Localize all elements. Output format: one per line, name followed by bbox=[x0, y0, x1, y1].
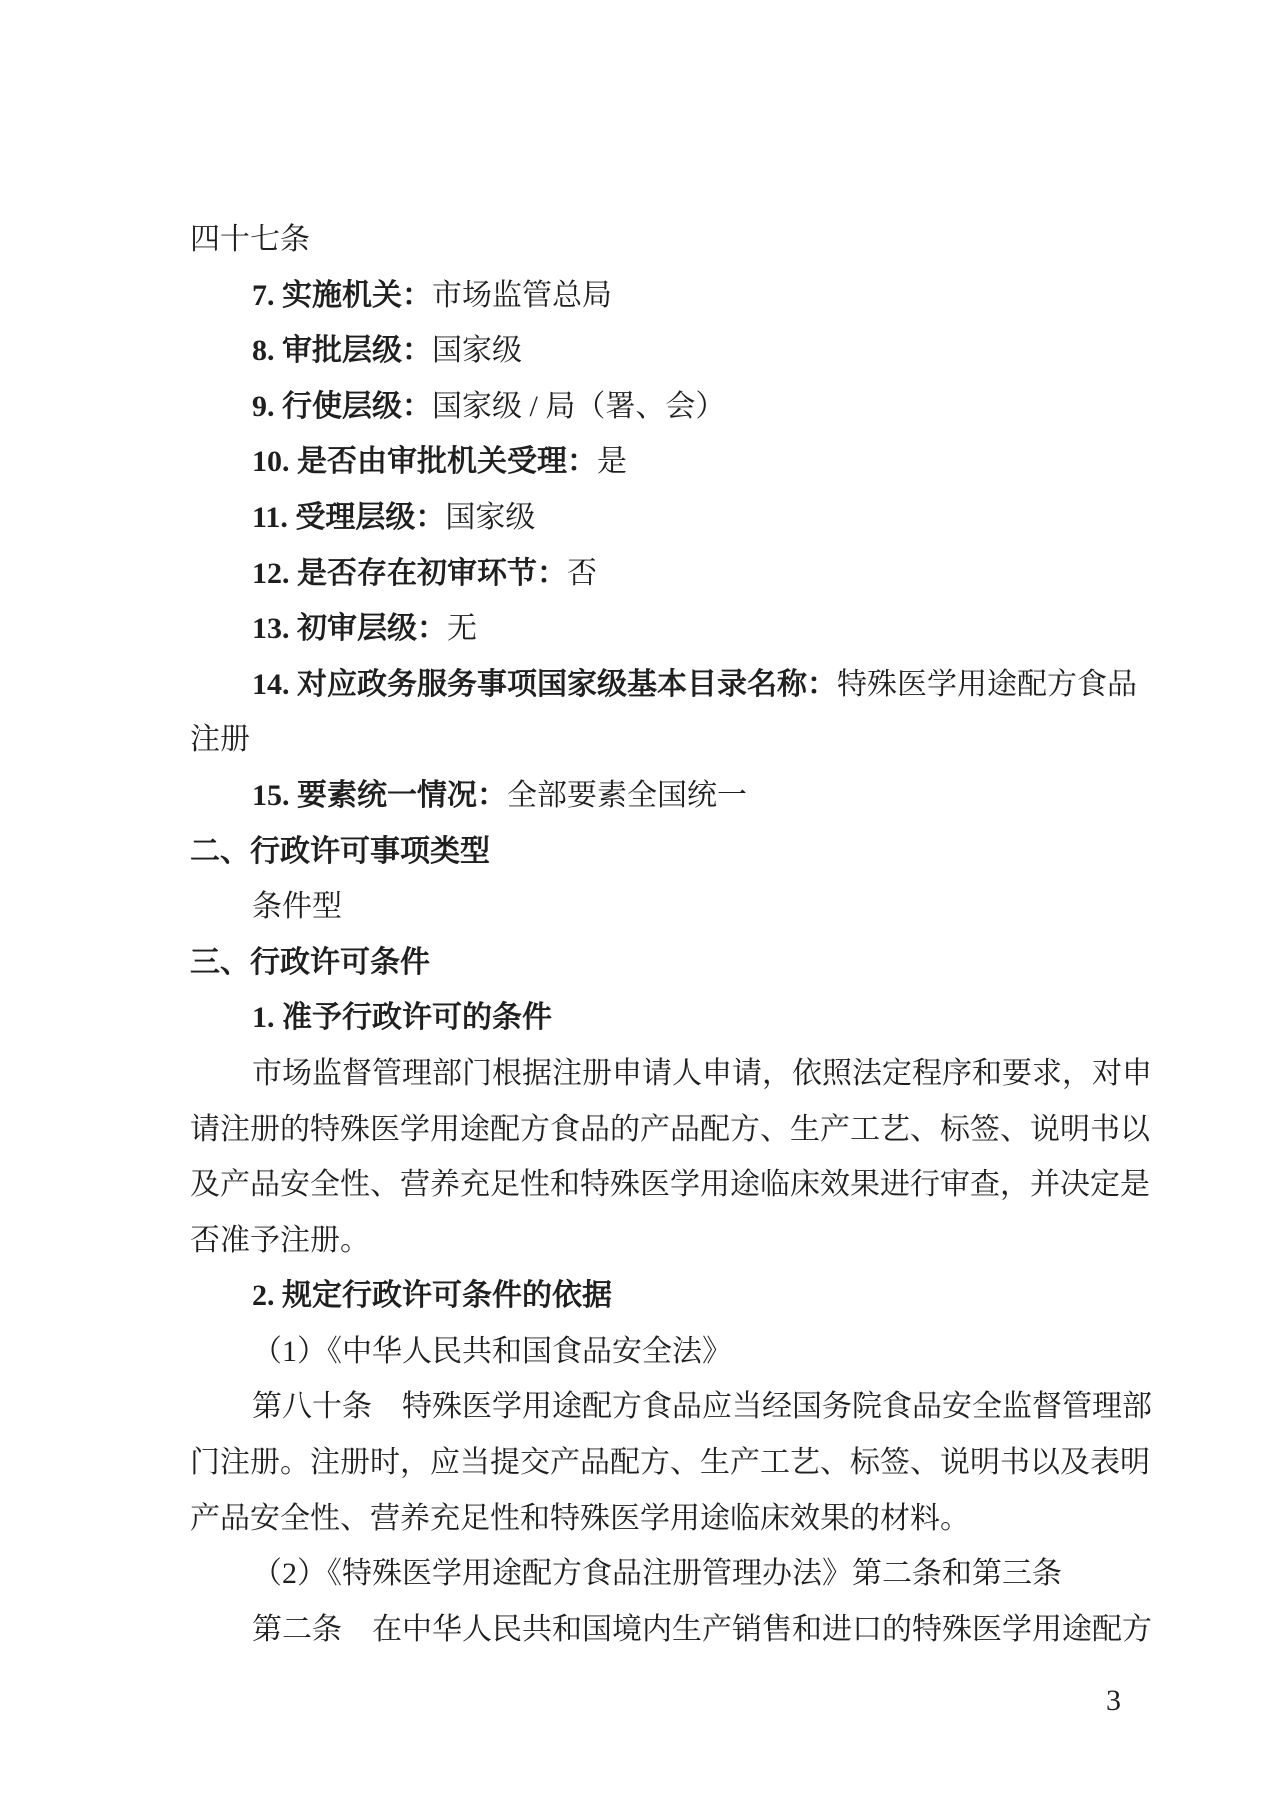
item-label: 8. 审批层级： bbox=[252, 334, 432, 367]
basis-2-line: （2）《特殊医学用途配方食品注册管理办法》第二条和第三条 bbox=[190, 1546, 1152, 1602]
item-label: 11. 受理层级： bbox=[252, 501, 445, 534]
item-7: 7. 实施机关：市场监管总局 bbox=[190, 268, 1152, 324]
item-value: 无 bbox=[447, 612, 477, 645]
section-2-heading: 二、行政许可事项类型 bbox=[190, 824, 1152, 880]
item-value: 国家级 bbox=[445, 501, 535, 534]
item-14-continuation: 注册 bbox=[190, 712, 1152, 768]
line-text: 请注册的特殊医学用途配方食品的产品配方、生产工艺、标签、说明书以 bbox=[190, 1113, 1150, 1146]
item-label: 7. 实施机关： bbox=[252, 279, 432, 312]
line-text: 条件型 bbox=[252, 890, 342, 923]
item-value: 特殊医学用途配方食品 bbox=[837, 668, 1137, 701]
line-text: 第二条 在中华人民共和国境内生产销售和进口的特殊医学用途配方 bbox=[252, 1613, 1152, 1646]
paragraph-line: 请注册的特殊医学用途配方食品的产品配方、生产工艺、标签、说明书以 bbox=[190, 1102, 1152, 1158]
basis-1-line: （1）《中华人民共和国食品安全法》 bbox=[190, 1324, 1152, 1380]
item-value: 全部要素全国统一 bbox=[507, 779, 747, 812]
line-text: 注册 bbox=[190, 723, 250, 756]
line-text: 市场监督管理部门根据注册申请人申请，依照法定程序和要求，对申 bbox=[252, 1057, 1152, 1090]
item-label: 14. 对应政务服务事项国家级基本目录名称： bbox=[252, 668, 837, 701]
item-12: 12. 是否存在初审环节：否 bbox=[190, 546, 1152, 602]
line-text: 第八十条 特殊医学用途配方食品应当经国务院食品安全监督管理部 bbox=[252, 1390, 1152, 1423]
section-3-heading: 三、行政许可条件 bbox=[190, 935, 1152, 991]
item-14: 14. 对应政务服务事项国家级基本目录名称：特殊医学用途配方食品 bbox=[190, 657, 1152, 713]
carryover-line: 四十七条 bbox=[190, 212, 1152, 268]
section-2-value: 条件型 bbox=[190, 879, 1152, 935]
document-page: 四十七条 7. 实施机关：市场监管总局 8. 审批层级：国家级 9. 行使层级：… bbox=[0, 0, 1280, 1806]
item-label: 10. 是否由审批机关受理： bbox=[252, 445, 597, 478]
document-body: 四十七条 7. 实施机关：市场监管总局 8. 审批层级：国家级 9. 行使层级：… bbox=[190, 212, 1152, 1657]
line-text: 产品安全性、营养充足性和特殊医学用途临床效果的材料。 bbox=[190, 1502, 970, 1535]
line-text: 及产品安全性、营养充足性和特殊医学用途临床效果进行审查，并决定是 bbox=[190, 1168, 1150, 1201]
item-10: 10. 是否由审批机关受理：是 bbox=[190, 434, 1152, 490]
item-value: 是 bbox=[597, 445, 627, 478]
paragraph-line: 及产品安全性、营养充足性和特殊医学用途临床效果进行审查，并决定是 bbox=[190, 1157, 1152, 1213]
line-text: 四十七条 bbox=[190, 223, 310, 256]
item-value: 市场监管总局 bbox=[432, 279, 612, 312]
line-text: （1）《中华人民共和国食品安全法》 bbox=[252, 1335, 732, 1368]
heading-text: 1. 准予行政许可的条件 bbox=[252, 1001, 552, 1034]
item-value: 国家级 / 局（署、会） bbox=[432, 390, 725, 423]
heading-text: 二、行政许可事项类型 bbox=[190, 835, 490, 868]
item-11: 11. 受理层级：国家级 bbox=[190, 490, 1152, 546]
item-9: 9. 行使层级：国家级 / 局（署、会） bbox=[190, 379, 1152, 435]
item-label: 9. 行使层级： bbox=[252, 390, 432, 423]
legal-article-80-continuation: 产品安全性、营养充足性和特殊医学用途临床效果的材料。 bbox=[190, 1491, 1152, 1547]
item-13: 13. 初审层级：无 bbox=[190, 601, 1152, 657]
item-label: 13. 初审层级： bbox=[252, 612, 447, 645]
legal-article-80-continuation: 门注册。注册时，应当提交产品配方、生产工艺、标签、说明书以及表明 bbox=[190, 1435, 1152, 1491]
item-value: 否 bbox=[567, 557, 597, 590]
legal-article-2-line: 第二条 在中华人民共和国境内生产销售和进口的特殊医学用途配方 bbox=[190, 1602, 1152, 1658]
item-label: 15. 要素统一情况： bbox=[252, 779, 507, 812]
item-label: 12. 是否存在初审环节： bbox=[252, 557, 567, 590]
paragraph-line: 市场监督管理部门根据注册申请人申请，依照法定程序和要求，对申 bbox=[190, 1046, 1152, 1102]
line-text: （2）《特殊医学用途配方食品注册管理办法》第二条和第三条 bbox=[252, 1557, 1062, 1590]
section-3-sub-2-heading: 2. 规定行政许可条件的依据 bbox=[190, 1268, 1152, 1324]
item-8: 8. 审批层级：国家级 bbox=[190, 323, 1152, 379]
legal-article-80-line: 第八十条 特殊医学用途配方食品应当经国务院食品安全监督管理部 bbox=[190, 1379, 1152, 1435]
page-number: 3 bbox=[1106, 1684, 1121, 1718]
section-3-sub-1-heading: 1. 准予行政许可的条件 bbox=[190, 990, 1152, 1046]
item-value: 国家级 bbox=[432, 334, 522, 367]
line-text: 门注册。注册时，应当提交产品配方、生产工艺、标签、说明书以及表明 bbox=[190, 1446, 1150, 1479]
heading-text: 2. 规定行政许可条件的依据 bbox=[252, 1279, 612, 1312]
line-text: 否准予注册。 bbox=[190, 1224, 370, 1257]
item-15: 15. 要素统一情况：全部要素全国统一 bbox=[190, 768, 1152, 824]
heading-text: 三、行政许可条件 bbox=[190, 946, 430, 979]
paragraph-line: 否准予注册。 bbox=[190, 1213, 1152, 1269]
